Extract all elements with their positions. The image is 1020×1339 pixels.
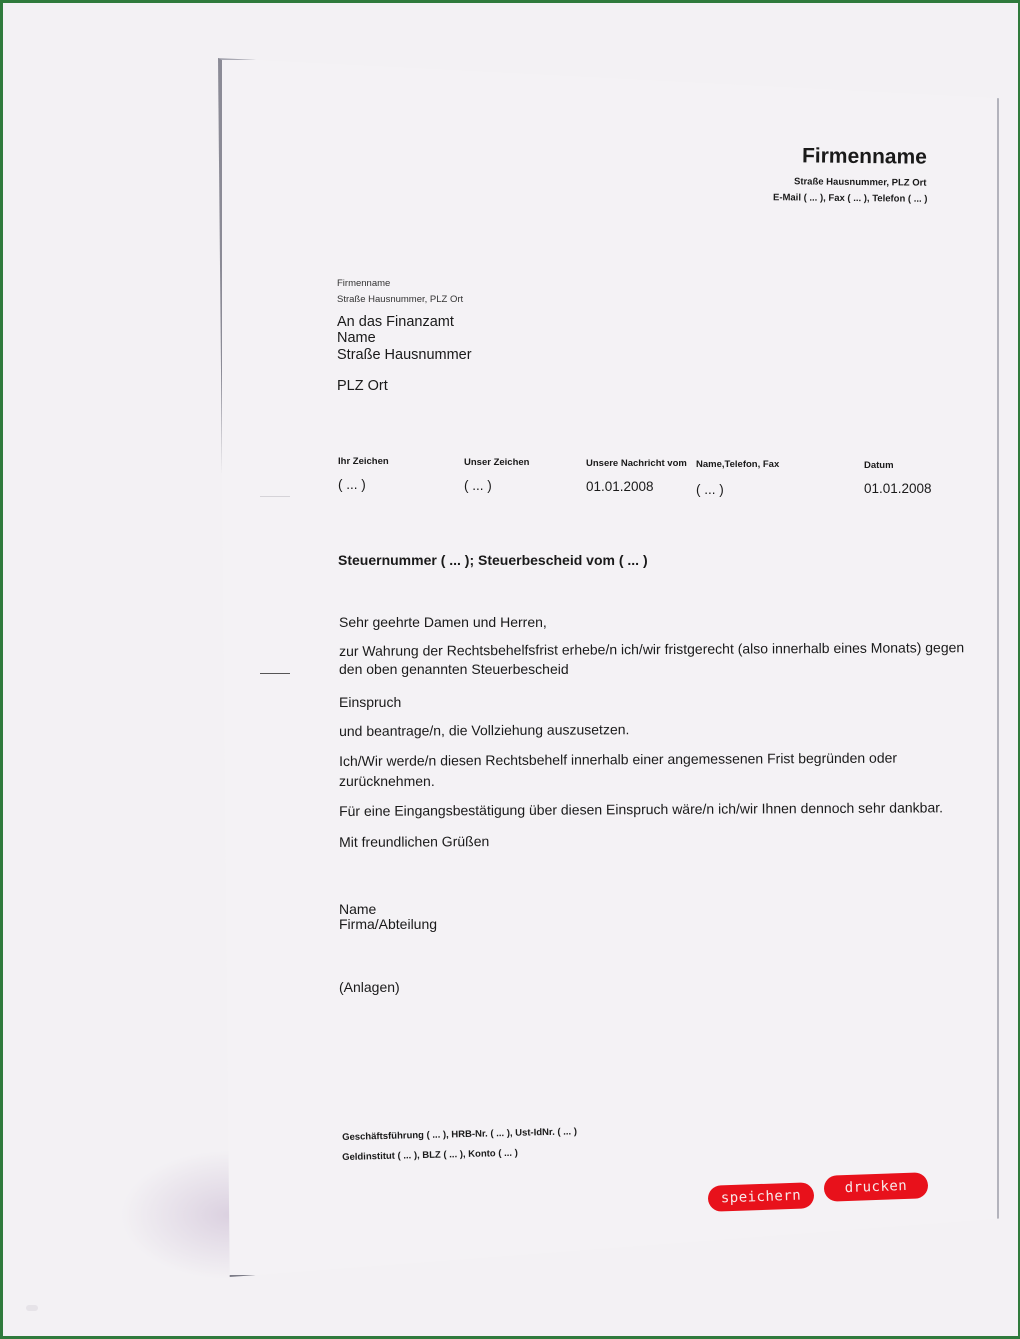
recipient-line-2: Name <box>337 330 376 347</box>
ref-value-datum: 01.01.2008 <box>864 481 932 496</box>
paragraph-5: Für eine Eingangsbestätigung über diesen… <box>339 798 943 820</box>
print-button[interactable]: drucken <box>824 1172 929 1202</box>
ref-value-unser-zeichen: ( ... ) <box>464 478 492 493</box>
paragraph-einspruch: Einspruch <box>339 693 401 711</box>
footer-line-1: Geschäftsführung ( ... ), HRB-Nr. ( ... … <box>342 1126 577 1143</box>
letter-subject: Steuernummer ( ... ); Steuerbescheid vom… <box>338 552 648 568</box>
footer-line-2: Geldinstitut ( ... ), BLZ ( ... ), Konto… <box>342 1148 518 1163</box>
signature-department: Firma/Abteilung <box>339 915 437 933</box>
watermark-mark <box>26 1305 38 1311</box>
save-button[interactable]: speichern <box>708 1182 815 1212</box>
paragraph-4-line-1: Ich/Wir werde/n diesen Rechtsbehelf inne… <box>339 749 897 770</box>
letter-page: Firmenname Straße Hausnummer, PLZ Ort E-… <box>218 58 999 1277</box>
ref-label-unser-zeichen: Unser Zeichen <box>464 457 529 468</box>
paragraph-4-line-2: zurücknehmen. <box>339 772 435 790</box>
recipient-line-1: An das Finanzamt <box>337 314 454 331</box>
letterhead-company-name: Firmenname <box>802 144 927 169</box>
paragraph-3: und beantrage/n, die Vollziehung auszuse… <box>339 720 629 740</box>
attachments: (Anlagen) <box>339 978 400 996</box>
letterhead-address: Straße Hausnummer, PLZ Ort <box>794 176 927 188</box>
paragraph-1-line-1: zur Wahrung der Rechtsbehelfsfrist erheb… <box>339 638 964 660</box>
fold-mark-middle <box>260 673 290 674</box>
ref-value-name-telefon-fax: ( ... ) <box>696 482 724 497</box>
letterhead-contact: E-Mail ( ... ), Fax ( ... ), Telefon ( .… <box>772 192 927 205</box>
sender-name: Firmenname <box>337 278 390 289</box>
ref-label-ihr-zeichen: Ihr Zeichen <box>338 456 389 467</box>
sender-address: Straße Hausnummer, PLZ Ort <box>337 294 463 305</box>
salutation: Sehr geehrte Damen und Herren, <box>339 613 547 631</box>
ref-label-unsere-nachricht: Unsere Nachricht vom <box>586 458 687 469</box>
recipient-line-4: PLZ Ort <box>337 378 388 395</box>
ref-value-ihr-zeichen: ( ... ) <box>338 477 366 492</box>
closing: Mit freundlichen Grüßen <box>339 832 489 851</box>
fold-mark-top <box>260 496 290 497</box>
recipient-line-3: Straße Hausnummer <box>337 347 472 364</box>
ref-label-name-telefon-fax: Name,Telefon, Fax <box>696 459 779 470</box>
ref-label-datum: Datum <box>864 460 894 471</box>
paragraph-1-line-2: den oben genannten Steuerbescheid <box>339 660 569 678</box>
page-shadow <box>120 1150 230 1280</box>
ref-value-unsere-nachricht: 01.01.2008 <box>586 479 654 494</box>
